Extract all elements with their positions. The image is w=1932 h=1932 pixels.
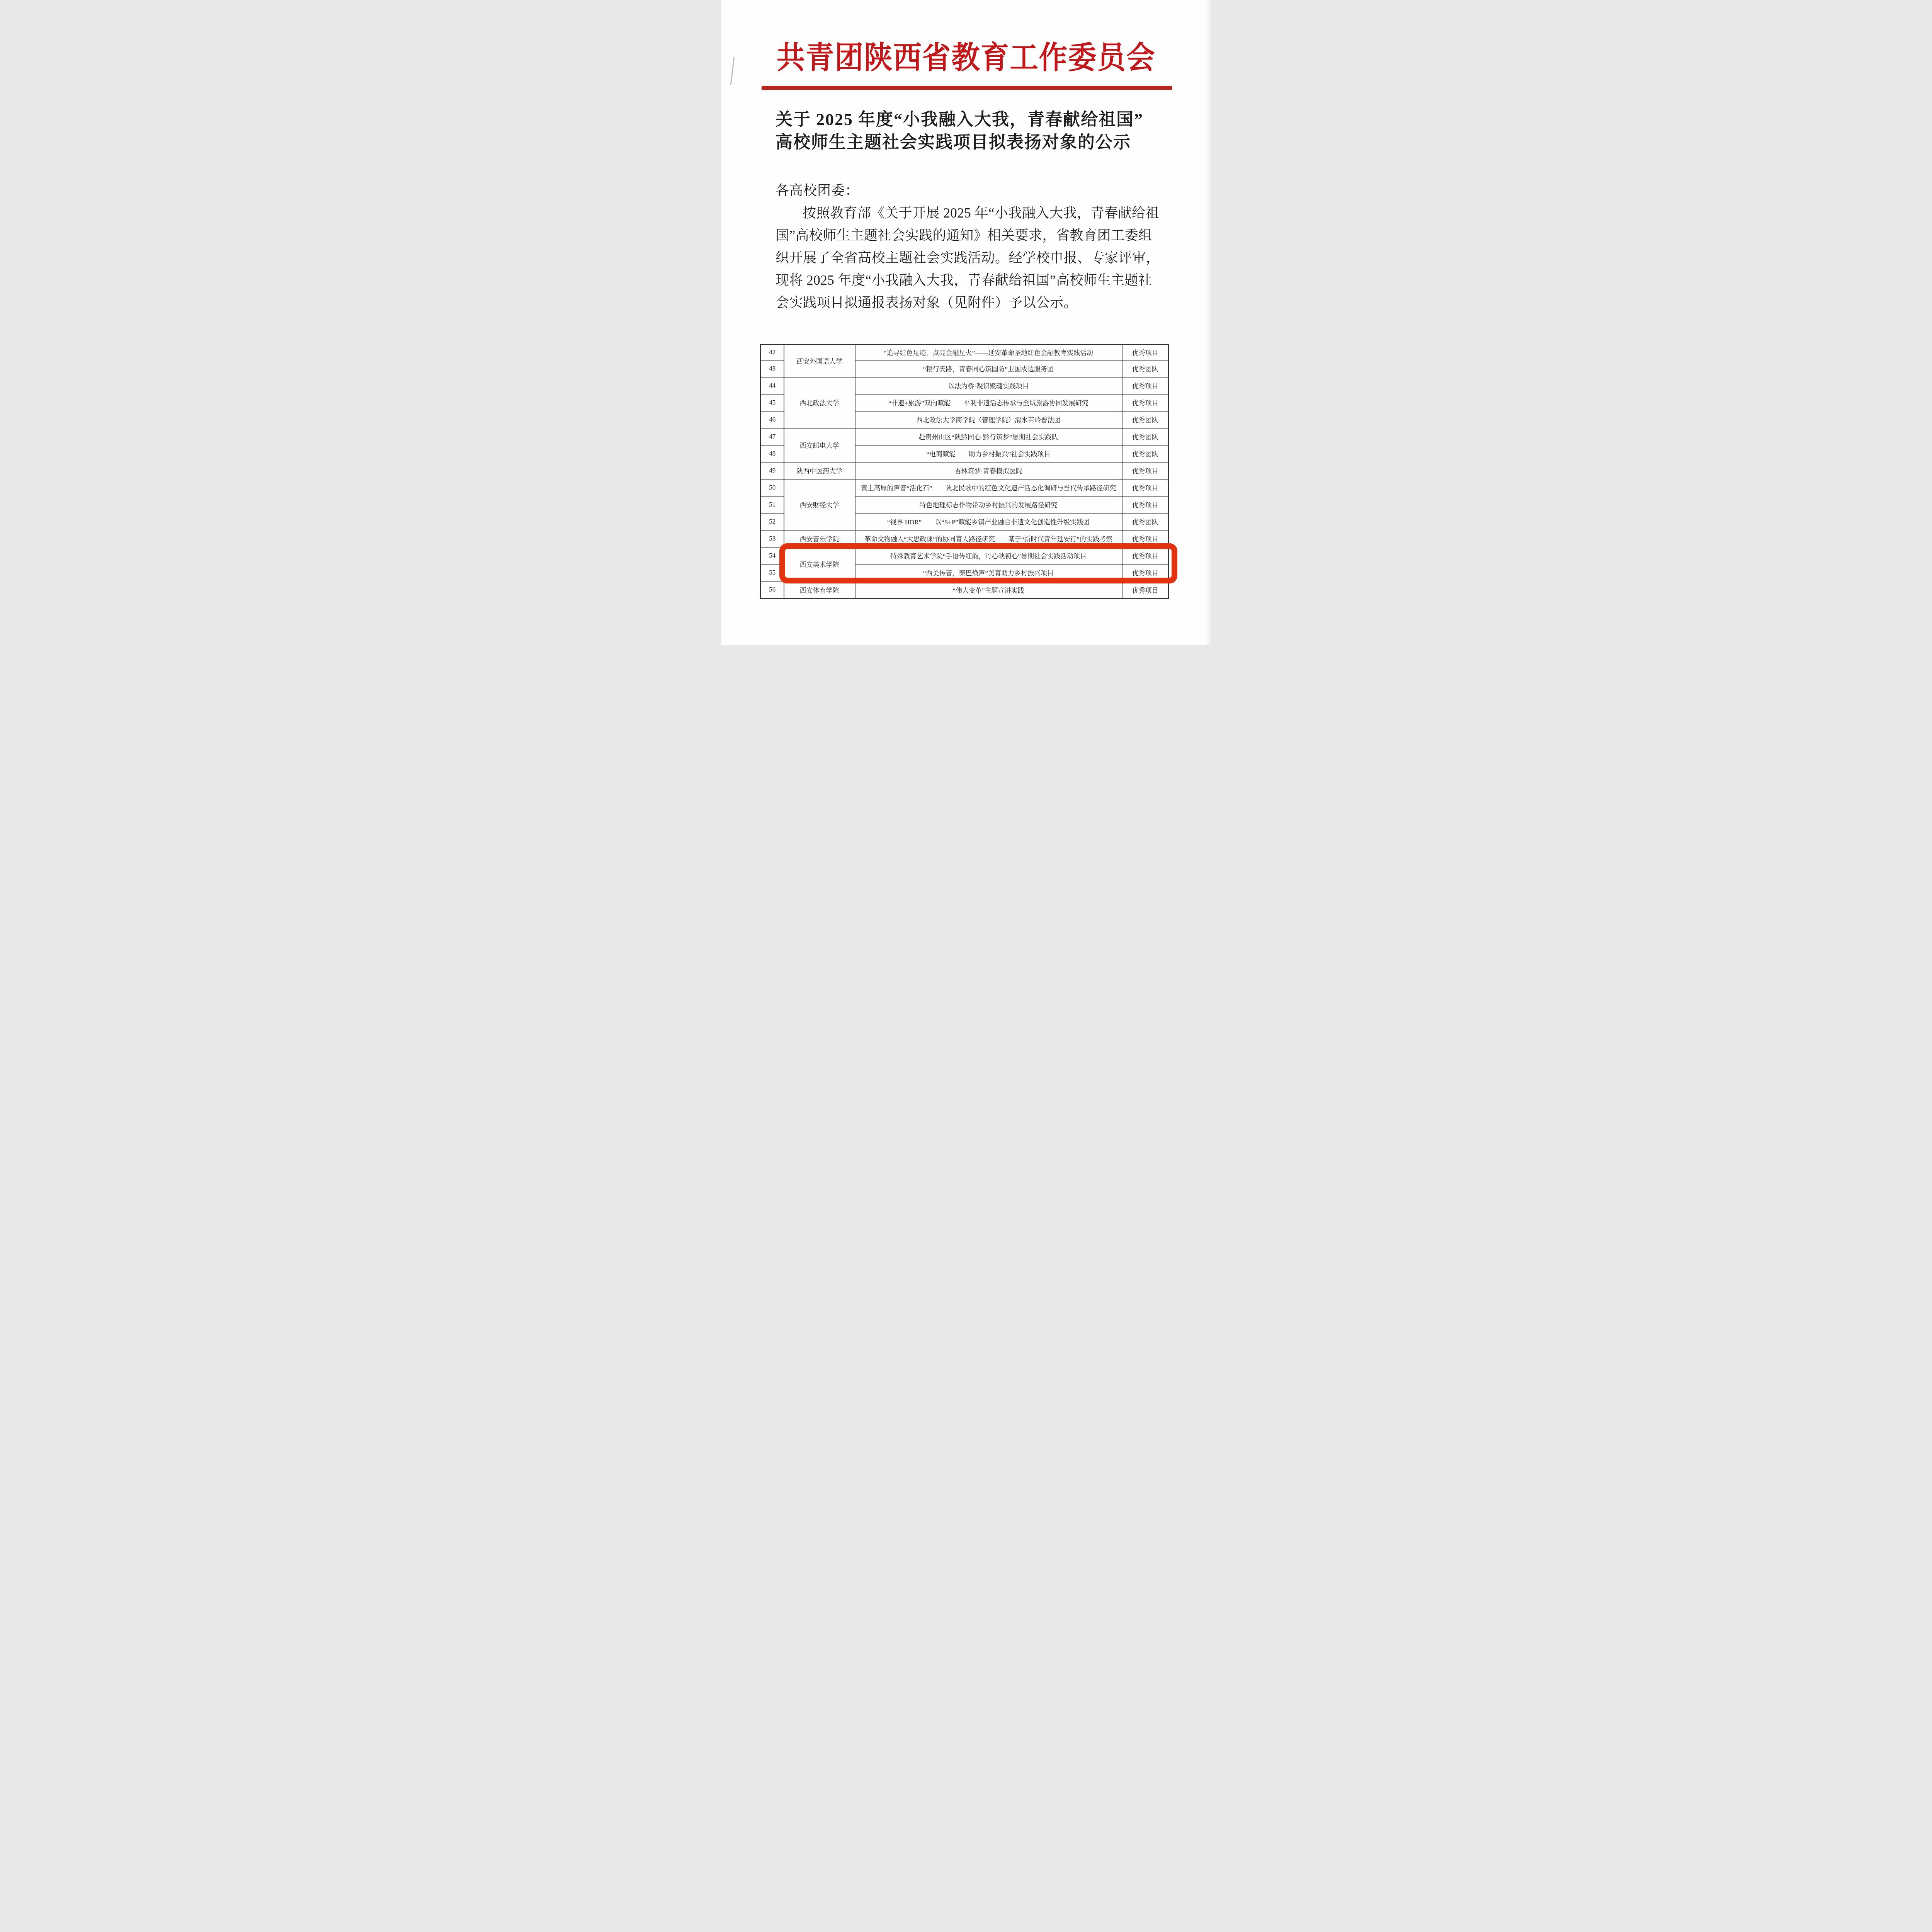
school-cell: 西安美术学院 xyxy=(784,547,855,581)
project-cell: “西美传音，秦巴焕声”美育助力乡村振兴项目 xyxy=(855,564,1122,581)
letterhead-title: 共青团陕西省教育工作委员会 xyxy=(741,32,1191,77)
rating-cell: 优秀团队 xyxy=(1122,428,1169,445)
school-cell: 西安财经大学 xyxy=(784,479,855,530)
school-cell: 西北政法大学 xyxy=(784,377,855,428)
project-cell: “追寻红色足迹，点亮金融星火”——延安革命圣地红色金融教育实践活动 xyxy=(855,345,1122,360)
rating-cell: 优秀项目 xyxy=(1122,394,1169,411)
row-number-cell: 47 xyxy=(761,428,784,445)
row-number-cell: 48 xyxy=(761,445,784,462)
letterhead-divider xyxy=(762,86,1172,90)
school-cell: 陕西中医药大学 xyxy=(784,462,855,479)
document-title-line2: 高校师生主题社会实践项目拟表扬对象的公示 xyxy=(776,133,1131,152)
row-number-cell: 44 xyxy=(761,377,784,394)
row-number-cell: 56 xyxy=(761,581,784,599)
table-row: 49陕西中医药大学杏林筑梦·青春模拟医院优秀项目 xyxy=(761,462,1169,479)
table-row: 42西安外国语大学“追寻红色足迹，点亮金融星火”——延安革命圣地红色金融教育实践… xyxy=(761,345,1169,360)
body-paragraph-line: 国”高校师生主题社会实践的通知》相关要求，省教育团工委组 xyxy=(776,225,1164,244)
project-cell: 以法为桥·凝识聚魂实践项目 xyxy=(855,377,1122,394)
scan-edge-shadow xyxy=(1205,0,1211,645)
rating-cell: 优秀项目 xyxy=(1122,496,1169,513)
row-number-cell: 42 xyxy=(761,345,784,360)
rating-cell: 优秀团队 xyxy=(1122,360,1169,377)
school-cell: 西安邮电大学 xyxy=(784,428,855,462)
project-cell: “伟大变革”主题宣讲实践 xyxy=(855,581,1122,599)
school-cell: 西安体育学院 xyxy=(784,581,855,599)
project-cell: 西北政法大学商学院（管理学院）渭水苗岭普法团 xyxy=(855,411,1122,428)
row-number-cell: 46 xyxy=(761,411,784,428)
project-cell: “粮行天路，青春同心筑国防”卫国戍边服务团 xyxy=(855,360,1122,377)
project-cell: “视界 HDR”——以“S+P”赋能乡镇产业融合非遗文化创造性升级实践团 xyxy=(855,513,1122,530)
project-cell: 黄土高原的声音“活化石”——陕北民歌中的红色文化遗产活态化调研与当代传承路径研究 xyxy=(855,479,1122,496)
row-number-cell: 55 xyxy=(761,564,784,581)
school-cell: 西安音乐学院 xyxy=(784,530,855,547)
rating-cell: 优秀团队 xyxy=(1122,445,1169,462)
row-number-cell: 43 xyxy=(761,360,784,377)
row-number-cell: 52 xyxy=(761,513,784,530)
project-cell: 杏林筑梦·青春模拟医院 xyxy=(855,462,1122,479)
rating-cell: 优秀项目 xyxy=(1122,345,1169,360)
project-cell: “非遗+旅游”双向赋能——平利非遗活态传承与全域旅游协同发展研究 xyxy=(855,394,1122,411)
row-number-cell: 50 xyxy=(761,479,784,496)
rating-cell: 优秀项目 xyxy=(1122,581,1169,599)
table-row: 54西安美术学院特殊教育艺术学院“手语传红韵，丹心映初心”暑期社会实践活动项目优… xyxy=(761,547,1169,564)
table-row: 44西北政法大学以法为桥·凝识聚魂实践项目优秀项目 xyxy=(761,377,1169,394)
project-cell: 赴贵州山区“陕黔同心·黔行筑梦”暑期社会实践队 xyxy=(855,428,1122,445)
row-number-cell: 54 xyxy=(761,547,784,564)
body-paragraph-line: 按照教育部《关于开展 2025 年“小我融入大我，青春献给祖 xyxy=(776,202,1164,222)
awards-table: 42西安外国语大学“追寻红色足迹，点亮金融星火”——延安革命圣地红色金融教育实践… xyxy=(760,344,1169,599)
project-cell: 革命文物融入“大思政课”的协同育人路径研究——基于“新时代青年延安行”的实践考察 xyxy=(855,530,1122,547)
salutation: 各高校团委： xyxy=(776,180,859,199)
document-page: 共青团陕西省教育工作委员会 关于 2025 年度“小我融入大我，青春献给祖国” … xyxy=(721,0,1211,645)
table-row: 53西安音乐学院革命文物融入“大思政课”的协同育人路径研究——基于“新时代青年延… xyxy=(761,530,1169,547)
project-cell: 特色地理标志作物带动乡村振兴的发展路径研究 xyxy=(855,496,1122,513)
school-cell: 西安外国语大学 xyxy=(784,345,855,377)
rating-cell: 优秀项目 xyxy=(1122,462,1169,479)
scan-artifact xyxy=(730,57,735,85)
rating-cell: 优秀团队 xyxy=(1122,411,1169,428)
rating-cell: 优秀团队 xyxy=(1122,513,1169,530)
rating-cell: 优秀项目 xyxy=(1122,530,1169,547)
document-title-line1: 关于 2025 年度“小我融入大我，青春献给祖国” xyxy=(776,110,1143,129)
row-number-cell: 45 xyxy=(761,394,784,411)
table-row: 50西安财经大学黄土高原的声音“活化石”——陕北民歌中的红色文化遗产活态化调研与… xyxy=(761,479,1169,496)
rating-cell: 优秀项目 xyxy=(1122,564,1169,581)
body-paragraph-line: 现将 2025 年度“小我融入大我，青春献给祖国”高校师生主题社 xyxy=(776,270,1164,289)
rating-cell: 优秀项目 xyxy=(1122,479,1169,496)
row-number-cell: 53 xyxy=(761,530,784,547)
rating-cell: 优秀项目 xyxy=(1122,377,1169,394)
table-row: 56西安体育学院“伟大变革”主题宣讲实践优秀项目 xyxy=(761,581,1169,599)
body-paragraph-line: 织开展了全省高校主题社会实践活动。经学校申报、专家评审， xyxy=(776,247,1164,267)
document-title: 关于 2025 年度“小我融入大我，青春献给祖国” 高校师生主题社会实践项目拟表… xyxy=(776,108,1164,154)
project-cell: 特殊教育艺术学院“手语传红韵，丹心映初心”暑期社会实践活动项目 xyxy=(855,547,1122,564)
body-paragraph-line: 会实践项目拟通报表扬对象（见附件）予以公示。 xyxy=(776,292,1164,311)
rating-cell: 优秀项目 xyxy=(1122,547,1169,564)
row-number-cell: 49 xyxy=(761,462,784,479)
table-row: 47西安邮电大学赴贵州山区“陕黔同心·黔行筑梦”暑期社会实践队优秀团队 xyxy=(761,428,1169,445)
project-cell: “电商赋能——助力乡村振兴”社会实践项目 xyxy=(855,445,1122,462)
row-number-cell: 51 xyxy=(761,496,784,513)
